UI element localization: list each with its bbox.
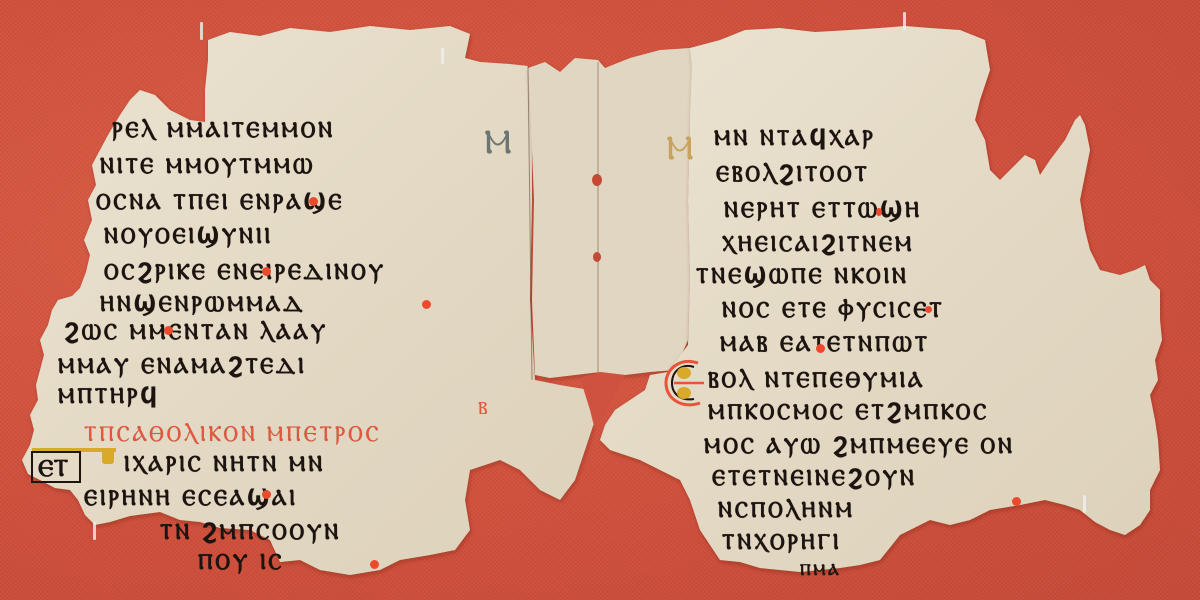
right-text-line-9: ⲘⲠⲔⲞⲤⲘⲞⲤ ⲈⲦϨⲘⲠⲔⲞⲤ	[708, 402, 989, 424]
right-text-line-1: ⲘⲚ ⲚⲦⲀϤⲬⲀⲢ	[714, 128, 876, 150]
left-text-line-12: ⲦⲚ ϨⲘⲠⲤⲞⲞⲨⲚ	[160, 522, 341, 544]
right-quire-mark: Ⲙ	[666, 128, 694, 168]
rubric-dot	[925, 306, 932, 313]
left-text-line-8: ⲘⲘⲀⲨ ⲈⲚⲀⲘⲀϨⲦⲈⲆⲒ	[58, 356, 307, 378]
right-text-line-2: ⲈⲂⲞⲖϨⲒⲦⲞⲞⲦ	[716, 164, 870, 186]
left-text-line-5: ⲞⲤϨⲢⲒⲔⲈ ⲈⲚⲈⲒⲢⲈⲆⲒⲚⲞⲨ	[104, 262, 386, 284]
right-text-line-4: ⲬⲎⲈⲒⲤⲀⲒϨⲒⲦⲚⲈⲘ	[722, 234, 914, 256]
right-text-line-10: ⲘⲞⲤ ⲀⲨⲰ ϨⲘⲠⲘⲈⲈⲨⲈ ⲞⲚ	[704, 436, 1015, 458]
mounting-pin	[903, 12, 906, 30]
left-text-line-10: ⲒⲬⲀⲢⲒⲤ ⲚⲎⲦⲚ ⲘⲚ	[124, 454, 325, 476]
right-text-line-6: ⲚⲞⲤ ⲈⲦⲈ ⲪⲨⲤⲒⲤⲈⲦ	[722, 300, 944, 322]
rubric-dot	[816, 344, 825, 353]
left-text-line-6: ⲎⲚϢⲈⲚⲢⲰⲘⲘⲀⲆ	[100, 294, 305, 316]
mounting-pin	[93, 522, 96, 540]
left-text-line-2: ⲚⲒⲦⲈ ⲘⲘⲞⲨⲦⲘⲘⲰ	[100, 156, 315, 178]
decorated-initial-ep-icon: ⲈⲦ	[28, 444, 120, 484]
rubric-dot	[262, 267, 271, 276]
right-text-line-14: ⲠⲘⲀ	[800, 562, 842, 578]
manuscript-photo: Ⲙ ⲢⲈⲖ ⲘⲘⲀⲒⲦⲈⲘⲘⲞⲚ ⲚⲒⲦⲈ ⲘⲘⲞⲨⲦⲘⲘⲰ ⲞⲤⲚⲀ ⲦⲠⲈⲒ…	[0, 0, 1200, 600]
left-rubric-title: ⲦⲠⲤⲀⲐⲞⲖⲒⲔⲞⲚ ⲘⲠⲈⲦⲢⲞⲤ	[84, 424, 381, 446]
right-text-line-7: ⲘⲀⲂ ⲈⲀⲦⲈⲦⲚⲠⲰⲦ	[720, 334, 930, 356]
left-page-number: Ⲃ	[478, 398, 488, 419]
right-text-line-3: ⲚⲈⲢⲎⲦ ⲈⲦⲦⲰϢⲎ	[724, 200, 922, 222]
right-text-line-12: ⲚⲤⲠⲞⲖⲎⲚⲘ	[718, 500, 855, 522]
mounting-pin	[1083, 495, 1086, 513]
right-text-line-11: ⲈⲦⲈⲦⲚⲈⲒⲚⲈϨⲞⲨⲚ	[712, 468, 917, 490]
mounting-pin	[441, 48, 444, 64]
rubric-dot	[262, 490, 271, 499]
svg-text:ⲈⲦ: ⲈⲦ	[38, 454, 69, 482]
rubric-dot	[422, 300, 431, 309]
rubric-dot	[1012, 497, 1021, 506]
left-text-line-7: ϨⲰⲤ ⲘⲘⲈⲚⲦⲀⲚ ⲖⲀⲀⲨ	[64, 322, 328, 344]
left-text-line-4: ⲚⲞⲨⲞⲈⲒϢⲨⲚⲒⲒ	[104, 226, 273, 248]
mounting-pin	[200, 22, 203, 40]
left-text-line-3: ⲞⲤⲚⲀ ⲦⲠⲈⲒ ⲈⲚⲢⲀϢⲈ	[96, 192, 344, 214]
rubric-dot	[309, 197, 318, 206]
decorated-initial-e-icon	[660, 355, 706, 411]
right-text-line-5: ⲦⲚⲈϢⲰⲠⲈ ⲚⲔⲞⲒⲚ	[696, 266, 909, 288]
rubric-dot	[164, 326, 173, 335]
left-text-line-13: ⲠⲞⲨ ⲒⲤ	[198, 552, 284, 574]
right-text-line-13: ⲦⲚⲬⲞⲢⲎⲄⲒ	[722, 532, 841, 554]
center-fold	[528, 48, 695, 378]
left-text-line-1: ⲢⲈⲖ ⲘⲘⲀⲒⲦⲈⲘⲘⲞⲚ	[112, 120, 335, 142]
left-quire-mark: Ⲙ	[484, 122, 512, 162]
rubric-dot	[876, 208, 882, 216]
rubric-dot	[370, 560, 379, 569]
right-text-line-8: ⲂⲞⲖ ⲚⲦⲈⲠⲈⲐⲨⲘⲒⲀ	[708, 370, 925, 392]
left-text-line-9: ⲘⲠⲦⲎⲢϤ	[58, 386, 160, 408]
